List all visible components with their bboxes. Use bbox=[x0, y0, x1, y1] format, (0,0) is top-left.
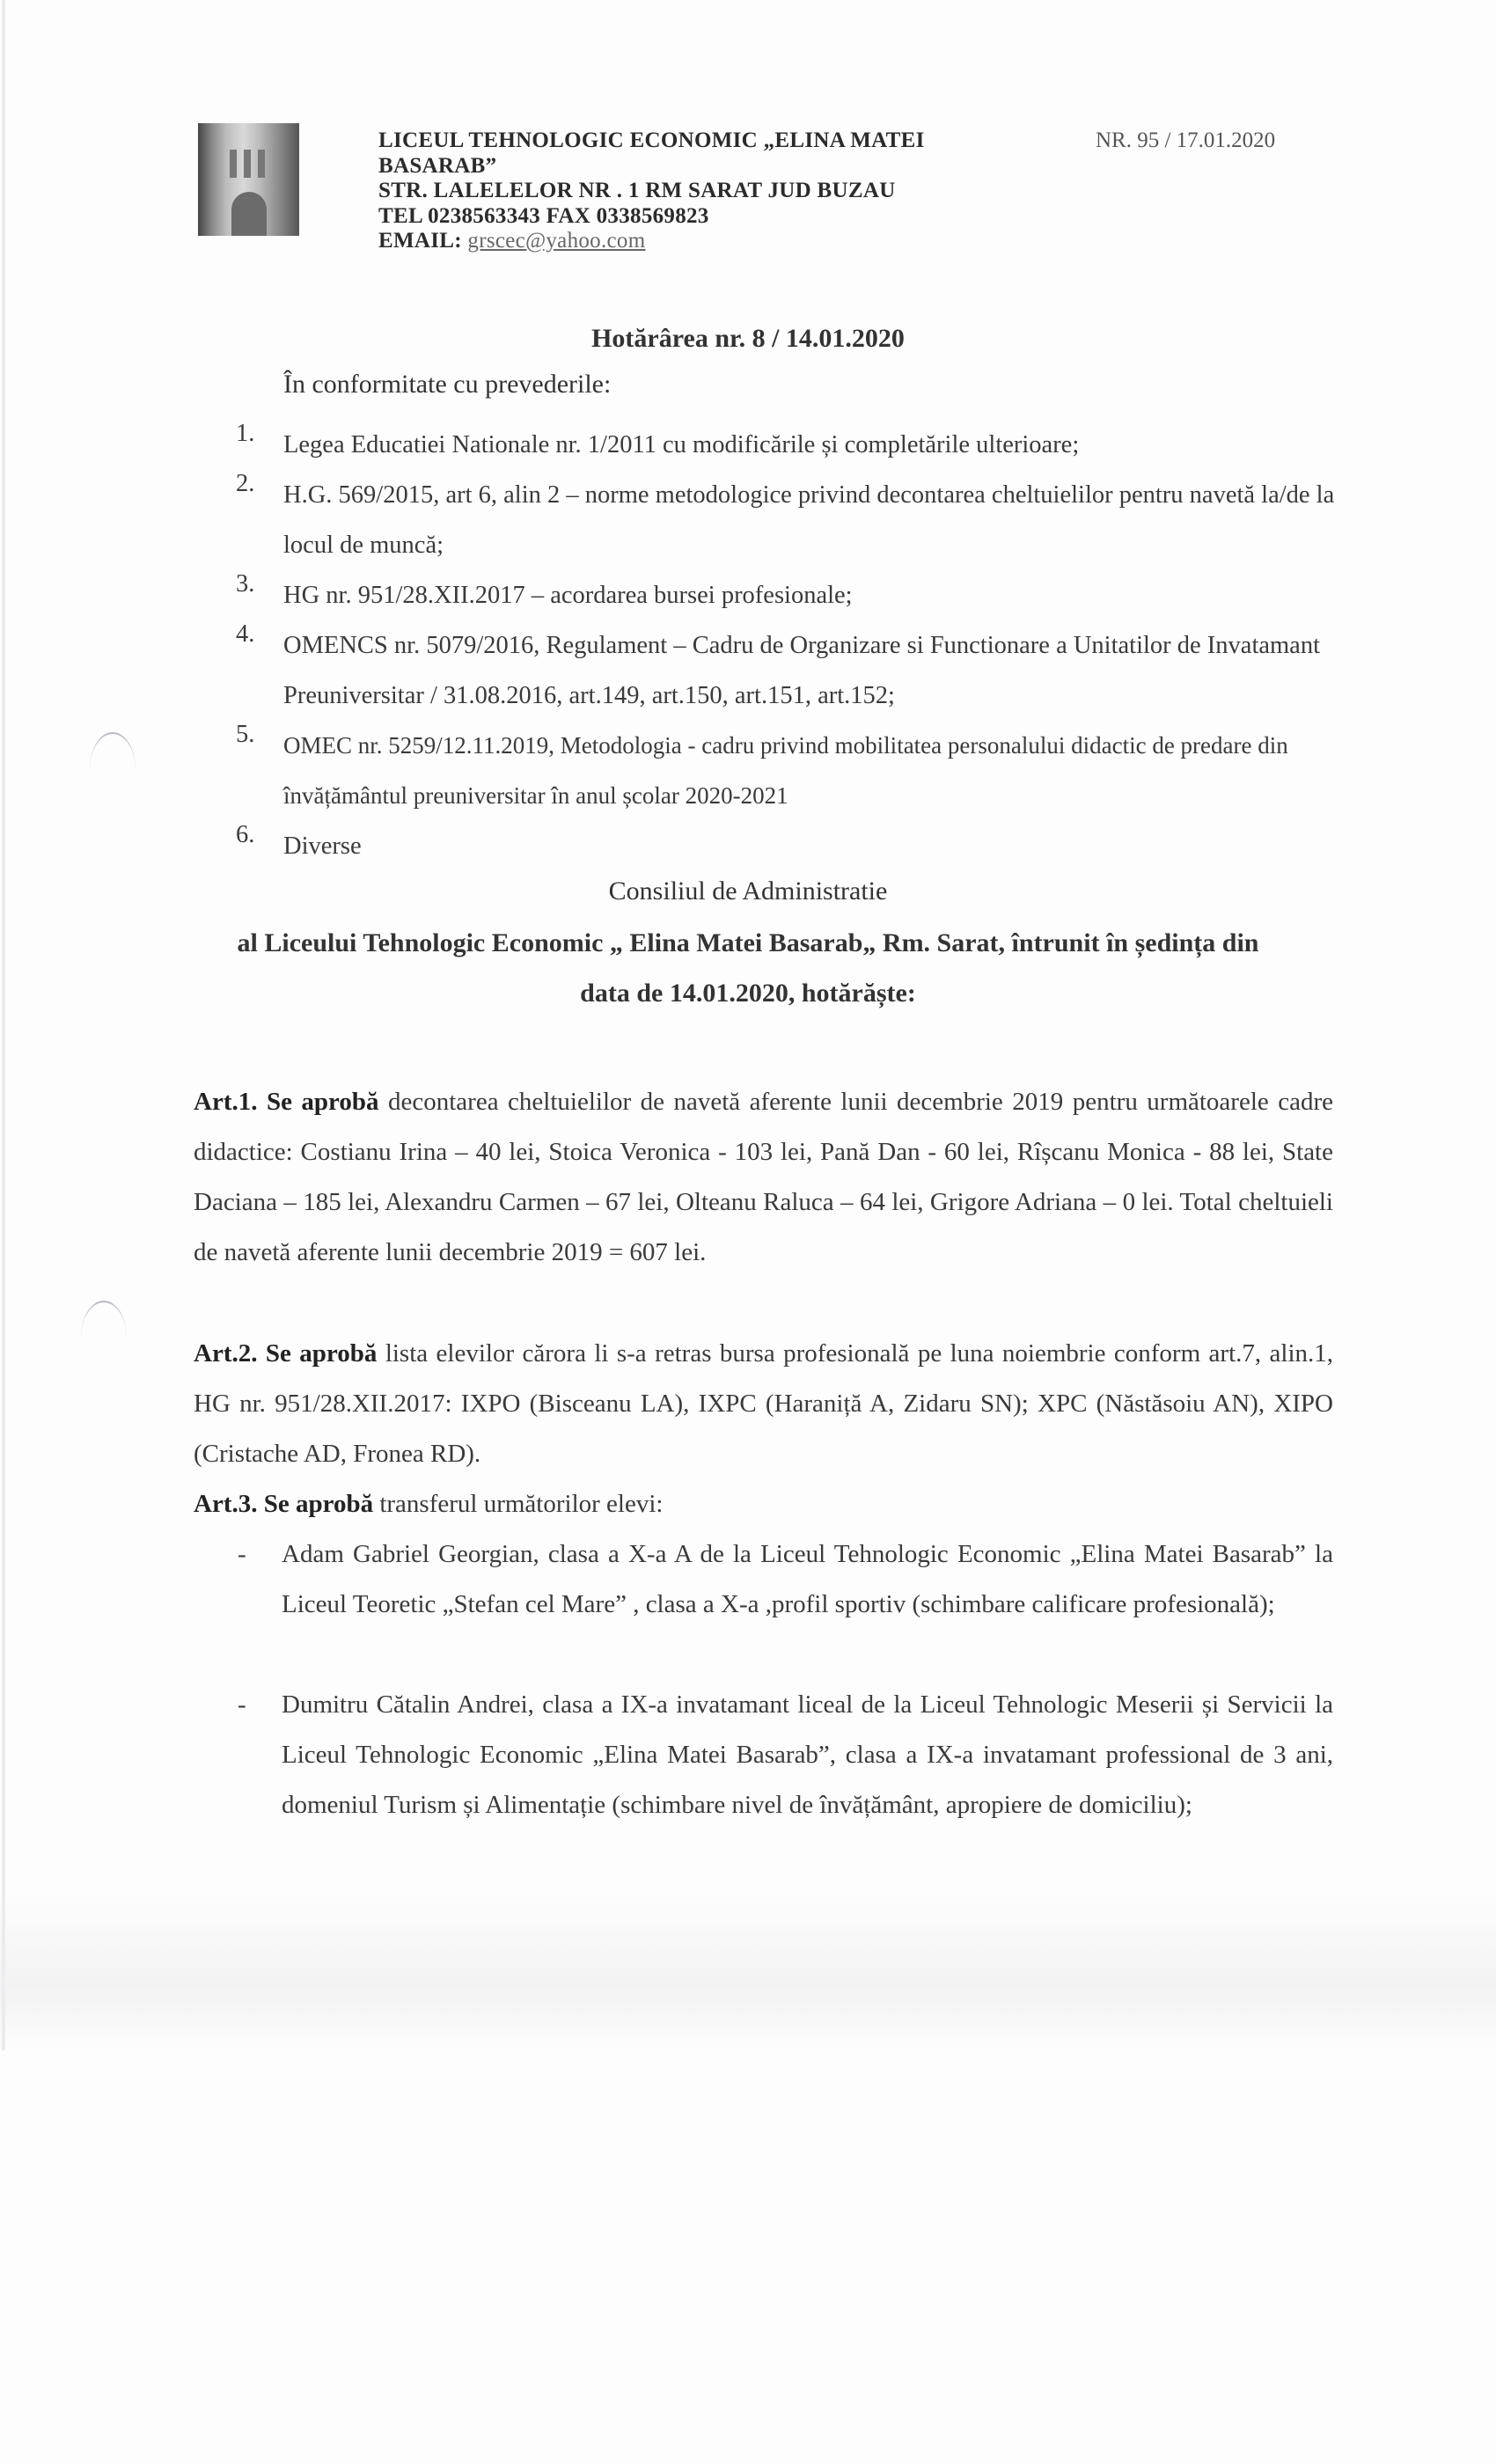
scan-artifact-band bbox=[0, 1892, 1496, 2050]
transfer-list-item: - Adam Gabriel Georgian, clasa a X-a A d… bbox=[238, 1529, 1333, 1630]
school-name: LICEUL TEHNOLOGIC ECONOMIC „ELINA MATEI bbox=[378, 128, 925, 154]
dash-bullet-icon: - bbox=[238, 1529, 246, 1580]
council-name: Consiliul de Administratie bbox=[0, 876, 1496, 906]
article-lead: Se aprobă bbox=[264, 1490, 373, 1518]
article-label: Art.1. bbox=[194, 1088, 257, 1116]
email-link[interactable]: grscec@yahoo.com bbox=[467, 229, 645, 253]
article-1: Art.1. Se aprobă decontarea cheltuielilo… bbox=[194, 1077, 1333, 1278]
council-decision-line: al Liceului Tehnologic Economic „ Elina … bbox=[0, 928, 1496, 958]
registration-number: NR. 95 / 17.01.2020 bbox=[1096, 128, 1275, 153]
school-address: STR. LALELELOR NR . 1 RM SARAT JUD BUZAU bbox=[378, 179, 925, 204]
council-decision-line: data de 14.01.2020, hotărăște: bbox=[0, 979, 1496, 1008]
article-text: transferul următorilor elevi: bbox=[379, 1490, 663, 1518]
school-name-cont: BASARAB” bbox=[378, 154, 925, 180]
email-label: EMAIL: bbox=[378, 229, 462, 253]
article-3: Art.3. Se aprobă transferul următorilor … bbox=[194, 1479, 1333, 1529]
school-email-row: EMAIL: grscec@yahoo.com bbox=[378, 229, 925, 254]
provision-item: 5. OMEC nr. 5259/12.11.2019, Metodologia… bbox=[236, 721, 1345, 821]
intro-text: În conformitate cu prevederile: bbox=[283, 370, 611, 400]
punch-hole-mark bbox=[90, 732, 136, 769]
provision-item: 4. OMENCS nr. 5079/2016, Regulament – Ca… bbox=[236, 620, 1345, 721]
article-lead: Se aprobă bbox=[266, 1339, 378, 1368]
article-label: Art.3. bbox=[194, 1490, 257, 1518]
article-label: Art.2. bbox=[194, 1339, 257, 1368]
provision-item: 1. Legea Educatiei Nationale nr. 1/2011 … bbox=[236, 420, 1345, 470]
transfer-list-item: - Dumitru Cătalin Andrei, clasa a IX-a i… bbox=[238, 1680, 1333, 1830]
dash-bullet-icon: - bbox=[238, 1680, 246, 1730]
article-lead: Se aprobă bbox=[267, 1088, 379, 1116]
provision-item: 2. H.G. 569/2015, art 6, alin 2 – norme … bbox=[236, 470, 1345, 570]
provision-item: 6. Diverse bbox=[236, 821, 1345, 871]
school-phone-fax: TEL 0238563343 FAX 0338569823 bbox=[378, 204, 925, 230]
document-title: Hotărârea nr. 8 / 14.01.2020 bbox=[0, 324, 1496, 354]
scan-edge bbox=[2, 0, 5, 2050]
provision-item: 3. HG nr. 951/28.XII.2017 – acordarea bu… bbox=[236, 570, 1345, 620]
article-2: Art.2. Se aprobă lista elevilor cărora l… bbox=[194, 1329, 1333, 1479]
letterhead: LICEUL TEHNOLOGIC ECONOMIC „ELINA MATEI … bbox=[378, 128, 925, 254]
school-logo-image bbox=[198, 123, 299, 236]
punch-hole-mark bbox=[81, 1301, 127, 1338]
